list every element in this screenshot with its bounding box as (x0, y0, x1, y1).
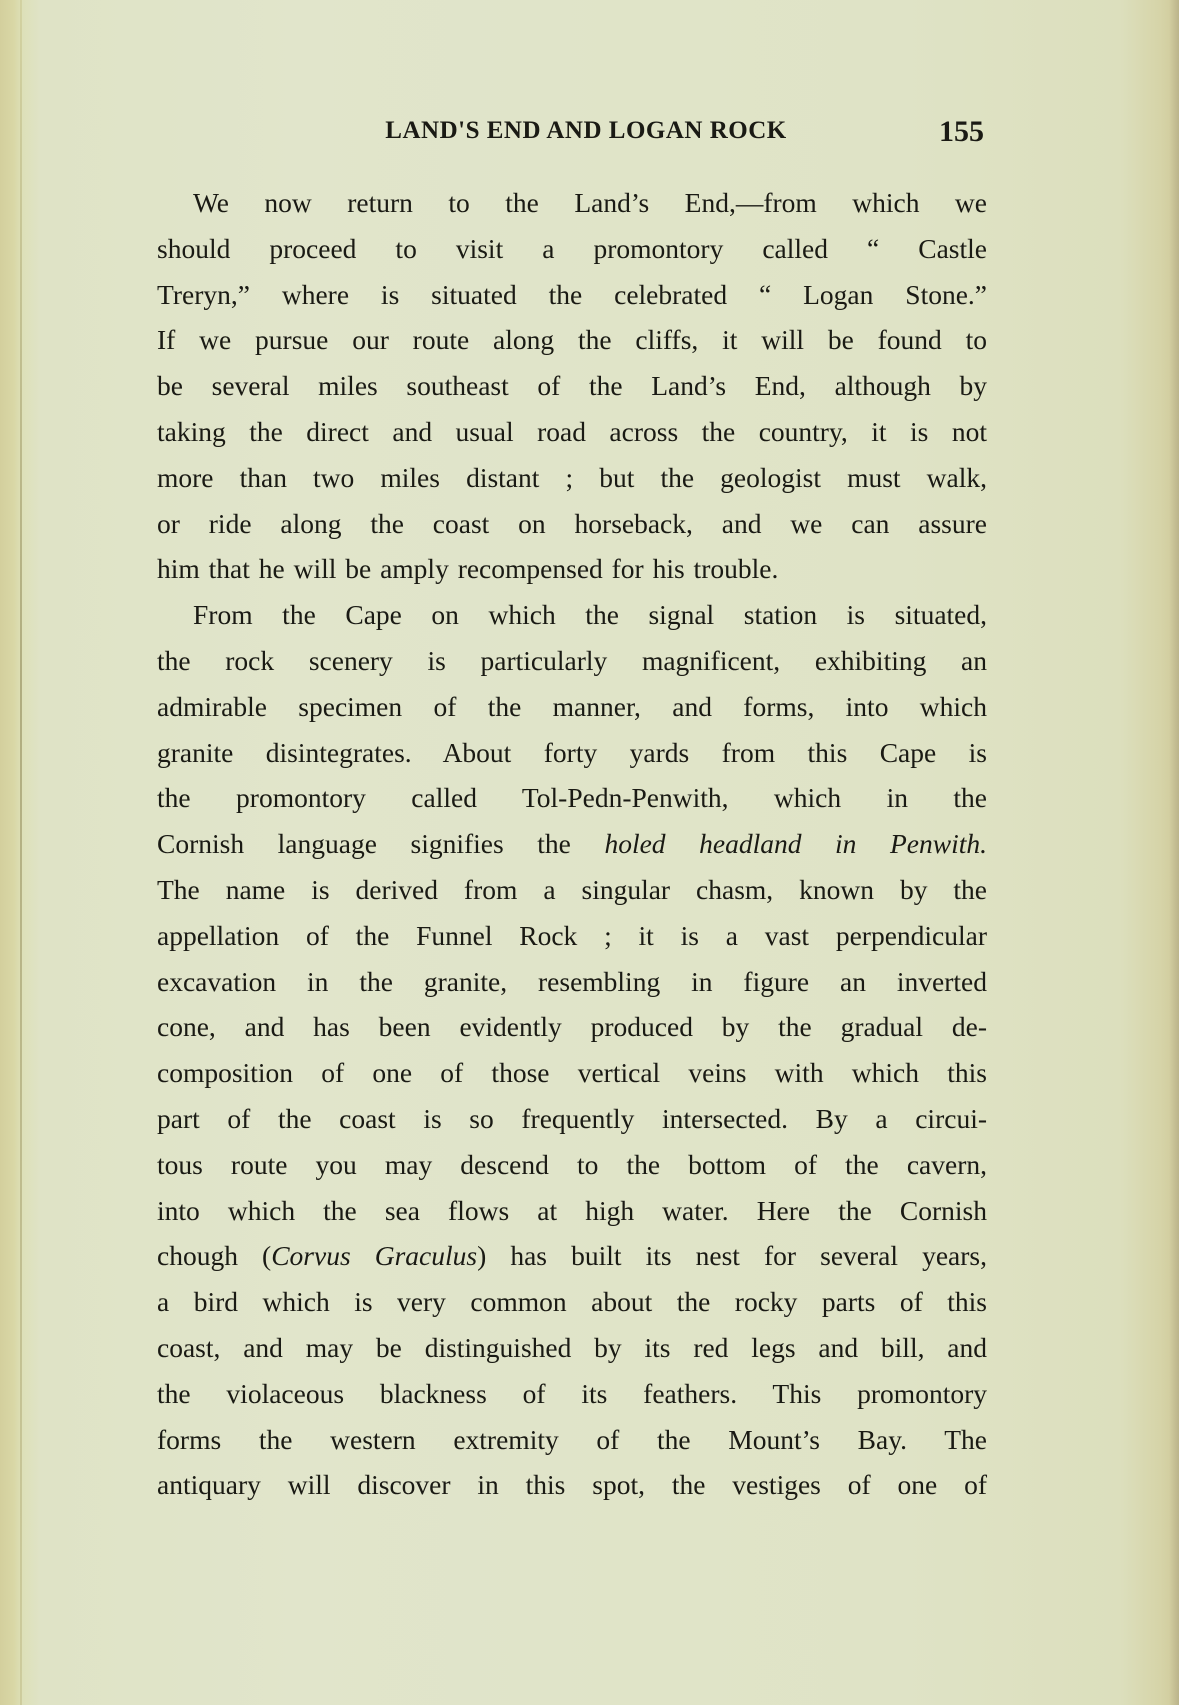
book-page: LAND'S END AND LOGAN ROCK 155 We now ret… (0, 0, 1179, 1705)
text-line: antiquary will discover in this spot, th… (157, 1462, 987, 1508)
text-line: excavation in the granite, resembling in… (157, 959, 987, 1005)
text-line: coast, and may be distinguished by its r… (157, 1325, 987, 1371)
text-line-with-italic: Cornish language signifies the holed hea… (157, 821, 987, 867)
text-line: The name is derived from a singular chas… (157, 867, 987, 913)
page-number: 155 (939, 115, 984, 149)
paragraph-2: From the Cape on which the signal statio… (157, 592, 987, 1508)
text-line: should proceed to visit a promontory cal… (157, 226, 987, 272)
text-line: into which the sea flows at high water. … (157, 1188, 987, 1234)
page-gutter-edge (20, 0, 22, 1705)
page-fore-edge (1169, 0, 1179, 1705)
running-header: LAND'S END AND LOGAN ROCK 155 (160, 117, 1000, 157)
text-line: granite disintegrates. About forty yards… (157, 730, 987, 776)
text-line: be several miles southeast of the Land’s… (157, 363, 987, 409)
text-line: tous route you may descend to the bottom… (157, 1142, 987, 1188)
text-line: more than two miles distant ; but the ge… (157, 455, 987, 501)
paragraph-1: We now return to the Land’s End,—from wh… (157, 180, 987, 592)
text-line: the promontory called Tol-Pedn-Penwith, … (157, 775, 987, 821)
text-line: or ride along the coast on horseback, an… (157, 501, 987, 547)
text-line: forms the western extremity of the Mount… (157, 1417, 987, 1463)
body-text: We now return to the Land’s End,—from wh… (157, 180, 987, 1508)
line-text: Cornish language signifies the (157, 828, 604, 859)
text-line: cone, and has been evidently produced by… (157, 1004, 987, 1050)
italic-species-name: Corvus Graculus (271, 1240, 477, 1271)
text-line: composition of one of those vertical vei… (157, 1050, 987, 1096)
text-line: We now return to the Land’s End,—from wh… (157, 180, 987, 226)
text-line: him that he will be amply recompensed fo… (157, 546, 987, 592)
text-line: taking the direct and usual road across … (157, 409, 987, 455)
text-line: From the Cape on which the signal statio… (157, 592, 987, 638)
text-line: admirable specimen of the manner, and fo… (157, 684, 987, 730)
text-line: part of the coast is so frequently inter… (157, 1096, 987, 1142)
running-title: LAND'S END AND LOGAN ROCK (160, 117, 1000, 145)
italic-phrase: holed headland in Penwith. (604, 828, 987, 859)
text-line: a bird which is very common about the ro… (157, 1279, 987, 1325)
text-line: If we pursue our route along the cliffs,… (157, 317, 987, 363)
text-line-with-italic: chough (Corvus Graculus) has built its n… (157, 1233, 987, 1279)
line-text: ) has built its nest for several years, (477, 1240, 987, 1271)
text-line: Treryn,” where is situated the celebrate… (157, 272, 987, 318)
text-line: the rock scenery is particularly magnifi… (157, 638, 987, 684)
line-text: chough ( (157, 1240, 271, 1271)
text-line: the violaceous blackness of its feathers… (157, 1371, 987, 1417)
text-line: appellation of the Funnel Rock ; it is a… (157, 913, 987, 959)
